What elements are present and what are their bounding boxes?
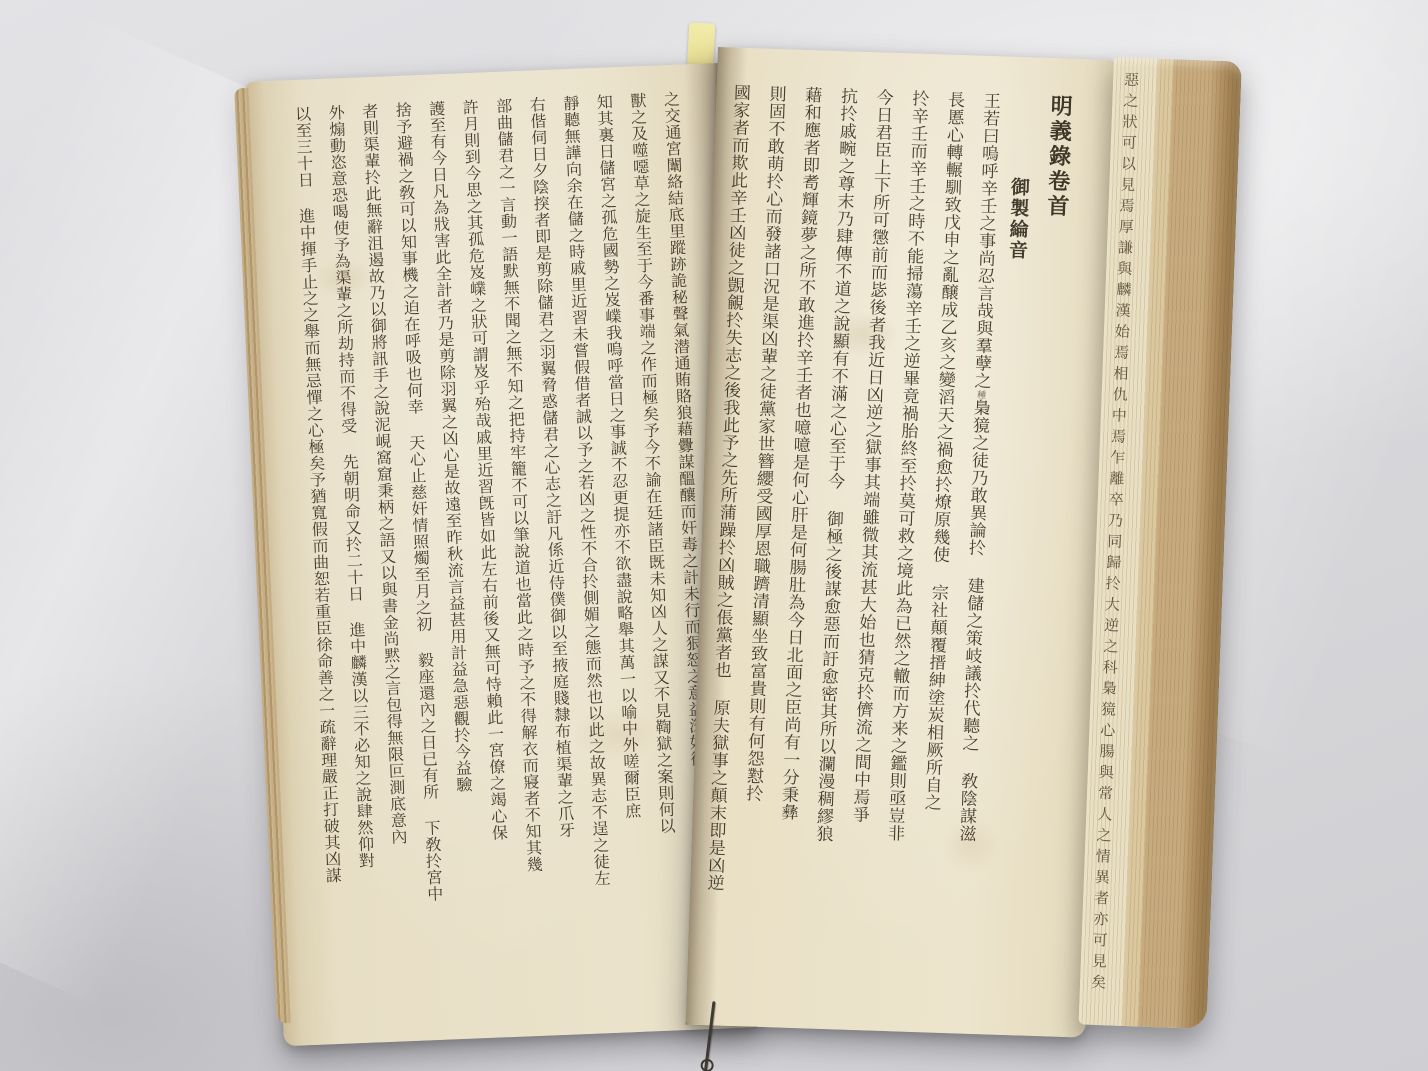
interlinear-note: 種: [975, 389, 985, 399]
left-page: 之交通宮闈絡結底里蹤跡詭秘聲氣潜通賄賂狼藉釁謀醞釀而奸毒之計未行而狠怒之意益深如…: [245, 63, 756, 1046]
open-manuscript-book: 之交通宮闈絡結底里蹤跡詭秘聲氣潜通賄賂狼藉釁謀醞釀而奸毒之計未行而狠怒之意益深如…: [230, 15, 1250, 1065]
right-page-text: 明義錄卷首御製綸音王若曰嗚呼辛壬之事尚忍言哉與羣孽之種梟獍之徒乃敢異論扵 建儲之…: [701, 83, 1073, 996]
right-page: 明義錄卷首御製綸音王若曰嗚呼辛壬之事尚忍言哉與羣孽之種梟獍之徒乃敢異論扵 建儲之…: [686, 47, 1118, 1038]
left-page-text: 之交通宮闈絡結底里蹤跡詭秘聲氣潜通賄賂狼藉釁謀醞釀而奸毒之計未行而狠怒之意益深如…: [262, 91, 715, 1012]
